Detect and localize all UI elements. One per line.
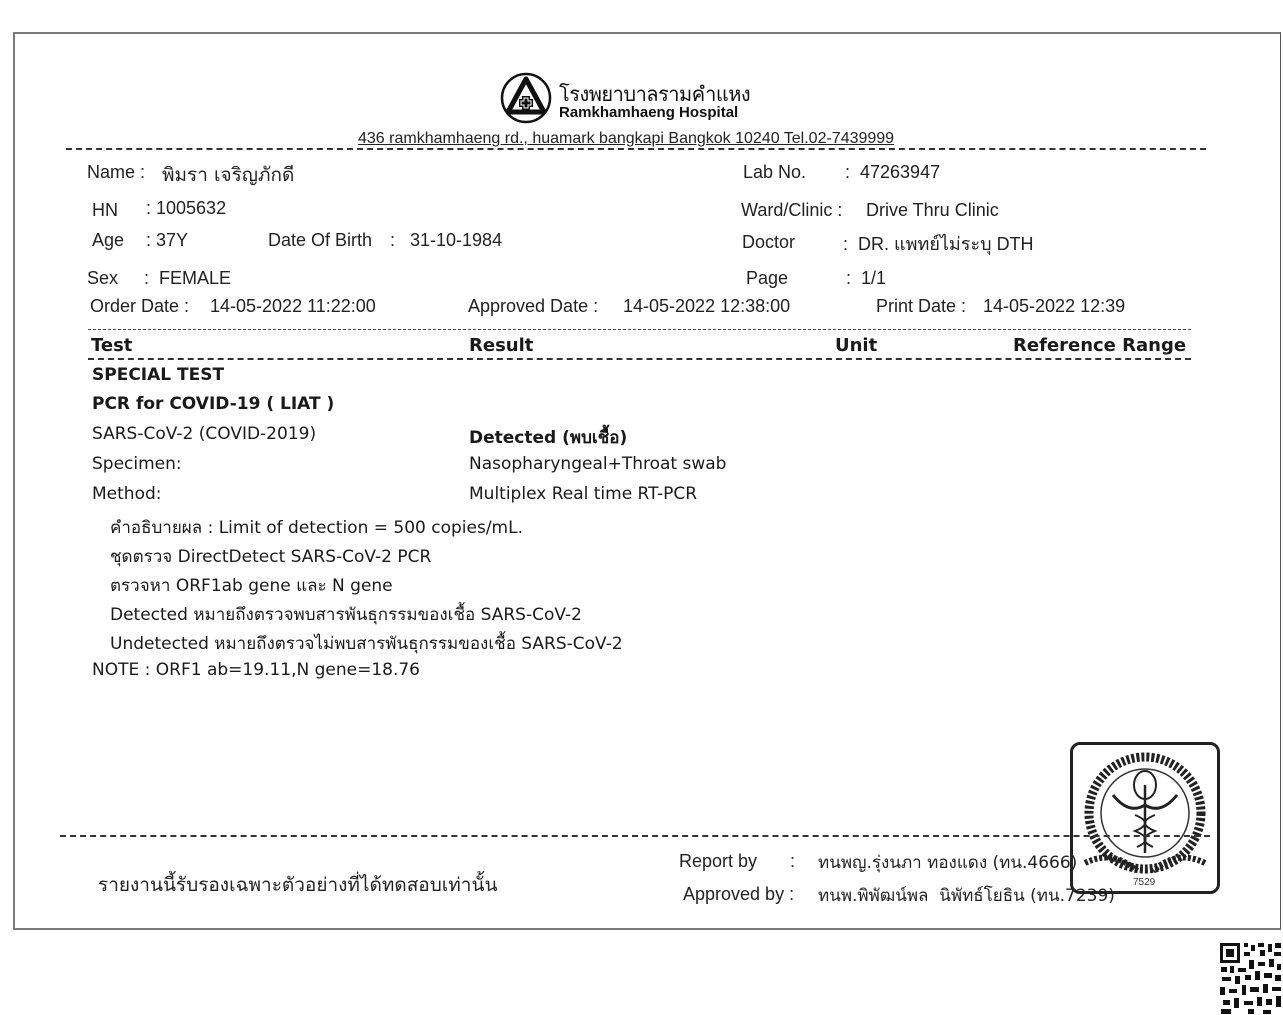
specimen-value: Nasopharyngeal+Throat swab — [469, 454, 726, 474]
approved-by-value: ทนพ.พิพัฒน์พล นิพัทธ์โยธิน (ทน.7239) — [818, 882, 1115, 909]
dob-label: Date Of Birth — [268, 230, 372, 251]
page-label: Page — [746, 268, 788, 289]
note-line: ชุดตรวจ DirectDetect SARS-CoV-2 PCR — [110, 543, 431, 570]
report-by-separator: : — [790, 851, 795, 872]
approved-date-label: Approved Date : — [468, 296, 598, 317]
specimen-label: Specimen: — [92, 454, 182, 474]
report-by-label: Report by — [679, 851, 757, 872]
order-date-value: 14-05-2022 11:22:00 — [210, 296, 376, 317]
sex-label: Sex — [87, 268, 118, 289]
header-divider — [66, 148, 1206, 150]
column-header-unit: Unit — [835, 335, 877, 356]
disclaimer-text: รายงานนี้รับรองเฉพาะตัวอย่างที่ได้ทดสอบเ… — [98, 870, 497, 900]
note-line: Detected หมายถึงตรวจพบสารพันธุกรรมของเชื… — [110, 601, 582, 628]
test-name-sars-cov-2: SARS-CoV-2 (COVID-2019) — [92, 424, 316, 444]
page-value: : 1/1 — [846, 268, 886, 289]
result-detected: Detected (พบเชื้อ) — [469, 424, 627, 451]
age-value: : 37Y — [146, 230, 188, 251]
print-date-value: 14-05-2022 12:39 — [983, 296, 1125, 317]
test-group-title: PCR for COVID-19 ( LIAT ) — [92, 394, 334, 414]
approved-by-label: Approved by : — [683, 884, 794, 905]
column-header-reference-range: Reference Range — [1013, 335, 1186, 356]
note-line: คำอธิบายผล : Limit of detection = 500 co… — [110, 514, 523, 541]
medical-caduceus-stamp-icon: 7529 — [1070, 742, 1220, 894]
column-header-test: Test — [91, 335, 132, 356]
report-by-value: ทนพญ.รุ่งนภา ทองแดง (ทน.4666) — [818, 849, 1077, 876]
hospital-logo-icon — [500, 72, 552, 124]
name-label: Name : — [87, 162, 145, 183]
footer-divider — [60, 835, 1210, 837]
ward-label: Ward/Clinic : — [741, 200, 842, 221]
age-label: Age — [92, 230, 124, 251]
ward-value: Drive Thru Clinic — [866, 200, 999, 221]
method-label: Method: — [92, 484, 162, 504]
order-date-label: Order Date : — [90, 296, 189, 317]
lab-no-label: Lab No. — [743, 162, 806, 183]
qr-code-icon[interactable] — [1218, 940, 1283, 1015]
section-title: SPECIAL TEST — [92, 365, 224, 385]
dob-value: : 31-10-1984 — [390, 230, 502, 251]
doctor-value: : DR. แพทย์ไม่ระบุ DTH — [843, 229, 1034, 258]
approved-date-value: 14-05-2022 12:38:00 — [623, 296, 790, 317]
table-header-divider — [88, 358, 1191, 360]
method-value: Multiplex Real time RT-PCR — [469, 484, 697, 504]
column-header-result: Result — [469, 335, 533, 356]
note-line: ตรวจหา ORF1ab gene และ N gene — [110, 572, 393, 599]
doctor-label: Doctor — [742, 232, 795, 253]
print-date-label: Print Date : — [876, 296, 966, 317]
hospital-name-english: Ramkhamhaeng Hospital — [559, 104, 738, 121]
svg-text:7529: 7529 — [1133, 877, 1156, 888]
hn-value: : 1005632 — [146, 198, 226, 219]
patient-name: พิมรา เจริญภักดี — [162, 160, 294, 190]
table-top-divider — [88, 329, 1191, 330]
hn-label: HN — [92, 200, 118, 221]
note-line: Undetected หมายถึงตรวจไม่พบสารพันธุกรรมข… — [110, 630, 623, 657]
lab-no-value: : 47263947 — [845, 162, 940, 183]
sex-value: : FEMALE — [144, 268, 231, 289]
hospital-address: 436 ramkhamhaeng rd., huamark bangkapi B… — [358, 130, 894, 148]
ct-value-note: NOTE : ORF1 ab=19.11,N gene=18.76 — [92, 660, 420, 680]
